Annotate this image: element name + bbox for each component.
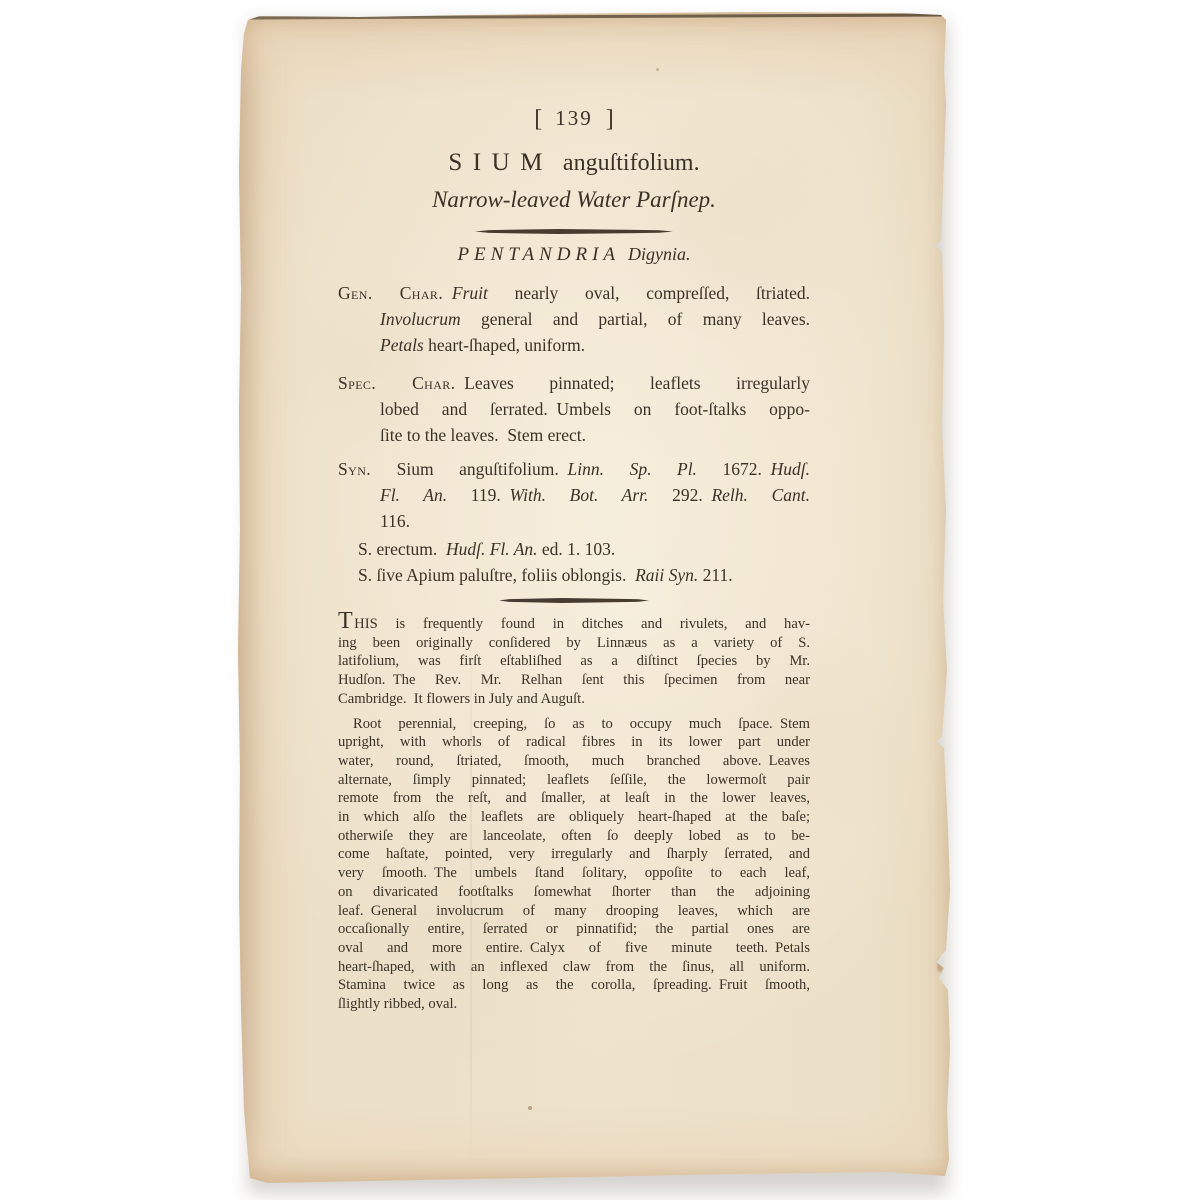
text-run: general and partial, of many leaves. xyxy=(461,309,810,329)
text-run: heart-ſhaped, uniform. xyxy=(424,335,585,355)
italic-text-run: Hudſ. Fl. An. xyxy=(446,539,538,559)
swelled-rule-top xyxy=(475,229,673,234)
text-run: oval and more entire. Calyx of five minu… xyxy=(338,940,810,956)
page-number-bracket-open: [ xyxy=(534,106,542,132)
italic-text-run: Hudſ. xyxy=(771,459,810,479)
body-paragraph-1: THIS is frequently found in ditches and … xyxy=(338,615,810,709)
page-number-value: 139 xyxy=(555,106,593,130)
foxing-speck xyxy=(528,1106,532,1110)
text-run: latifolium, was firſt eſtabliſhed as a d… xyxy=(338,653,810,669)
text-run xyxy=(443,283,452,303)
text-run: Stamina twice as long as the corolla, ſp… xyxy=(338,977,810,993)
text-run: otherwiſe they are lanceolate, often ſo … xyxy=(338,828,810,844)
linnaean-class: PENTANDRIA xyxy=(457,244,620,265)
text-run: ing been originally conſidered by Linnæu… xyxy=(338,635,810,651)
small-caps-label: Gen. Char. xyxy=(338,283,443,303)
book-page: [139] SIUManguſtifolium. Narrow-leaved W… xyxy=(238,10,950,1186)
text-run: very ſmooth. The umbels ſtand ſolitary, … xyxy=(338,865,810,881)
text-run: water, round, ſtriated, ſmooth, much bra… xyxy=(338,753,810,769)
italic-text-run: Involucrum xyxy=(380,309,461,329)
text-run: 119. xyxy=(447,485,509,505)
text-run: ſite to the leaves. Stem erect. xyxy=(380,425,586,445)
section-synonyms: Syn. Sium anguſtifolium. Linn. Sp. Pl. 1… xyxy=(338,456,810,534)
italic-text-run: Fl. An. xyxy=(380,485,447,505)
text-run: T xyxy=(338,608,354,634)
text-run: Cambridge. It flowers in July and Auguſt… xyxy=(338,691,585,707)
scan-background: [139] SIUManguſtifolium. Narrow-leaved W… xyxy=(0,0,1200,1200)
text-run: come haſtate, pointed, very irregularly … xyxy=(338,846,810,862)
text-run: heart-ſhaped, with an inflexed claw from… xyxy=(338,959,810,975)
text-run: on divaricated footſtalks ſomewhat ſhort… xyxy=(338,884,810,900)
text-run: S. erectum. xyxy=(358,539,446,559)
text-run: ed. 1. 103. xyxy=(538,539,616,559)
section-gen-char: Gen. Char. Fruit nearly oval, compreſſed… xyxy=(338,280,810,358)
text-run: in which alſo the leaflets are obliquely… xyxy=(338,809,810,825)
text-run: 292. xyxy=(648,485,711,505)
text-run: lobed and ſerrated. Umbels on foot-ſtalk… xyxy=(380,399,810,419)
text-run: leaf. General involucrum of many droopin… xyxy=(338,903,810,919)
text-run: Root perennial, creeping, ſo as to occup… xyxy=(353,716,810,732)
text-run: ſlightly ribbed, oval. xyxy=(338,996,457,1012)
section-spec-char: Spec. Char. Leaves pinnated; leaflets ir… xyxy=(338,370,810,448)
text-run: upright, with whorls of radical fibres i… xyxy=(338,734,810,750)
italic-text-run: Relh. Cant. xyxy=(711,485,810,505)
section-synonym-erectum: S. erectum. Hudſ. Fl. An. ed. 1. 103. xyxy=(338,536,810,562)
page-number-bracket-close: ] xyxy=(606,106,614,132)
common-name: Narrow-leaved Water Parſnep. xyxy=(338,187,810,213)
body-paragraph-2: Root perennial, creeping, ſo as to occup… xyxy=(338,715,810,1014)
text-run: nearly oval, compreſſed, ſtriated. xyxy=(488,283,810,303)
text-run: Hudſon. The Rev. Mr. Relhan ſent this ſp… xyxy=(338,672,810,688)
small-caps-label: Spec. Char. xyxy=(338,373,455,393)
italic-text-run: Raii Syn. xyxy=(635,565,698,585)
text-run: 116. xyxy=(380,511,410,531)
text-run: 1672. xyxy=(697,459,771,479)
small-caps-label: Syn. xyxy=(338,459,371,479)
italic-text-run: Fruit xyxy=(452,283,488,303)
taxonomy-line: PENTANDRIADigynia. xyxy=(338,244,810,266)
text-run: remote from the reſt, and ſmaller, at le… xyxy=(338,790,810,806)
text-run: S. ſive Apium paluſtre, foliis oblongis. xyxy=(358,565,635,585)
text-run: HIS is frequently found in ditches and r… xyxy=(354,616,810,632)
text-run: 211. xyxy=(698,565,732,585)
species-title: SIUManguſtifolium. xyxy=(338,149,810,177)
italic-text-run: With. Bot. Arr. xyxy=(510,485,649,505)
page-content: [139] SIUManguſtifolium. Narrow-leaved W… xyxy=(338,10,810,1014)
linnaean-order: Digynia. xyxy=(628,244,691,264)
italic-text-run: Linn. Sp. Pl. xyxy=(568,459,697,479)
text-run: Sium anguſtifolium. xyxy=(371,459,567,479)
swelled-rule-middle xyxy=(499,598,649,603)
species-epithet: anguſtifolium. xyxy=(563,150,700,176)
text-run: alternate, ſimply pinnated; leaflets ſeſ… xyxy=(338,772,810,788)
genus-name: SIUM xyxy=(448,149,553,176)
text-run: occaſionally entire, ſerrated or pinnati… xyxy=(338,921,810,937)
page-number: [139] xyxy=(338,106,810,133)
text-run: Leaves pinnated; leaflets irregularly xyxy=(455,373,810,393)
section-synonym-apium: S. ſive Apium paluſtre, foliis oblongis.… xyxy=(338,562,810,588)
italic-text-run: Petals xyxy=(380,335,424,355)
